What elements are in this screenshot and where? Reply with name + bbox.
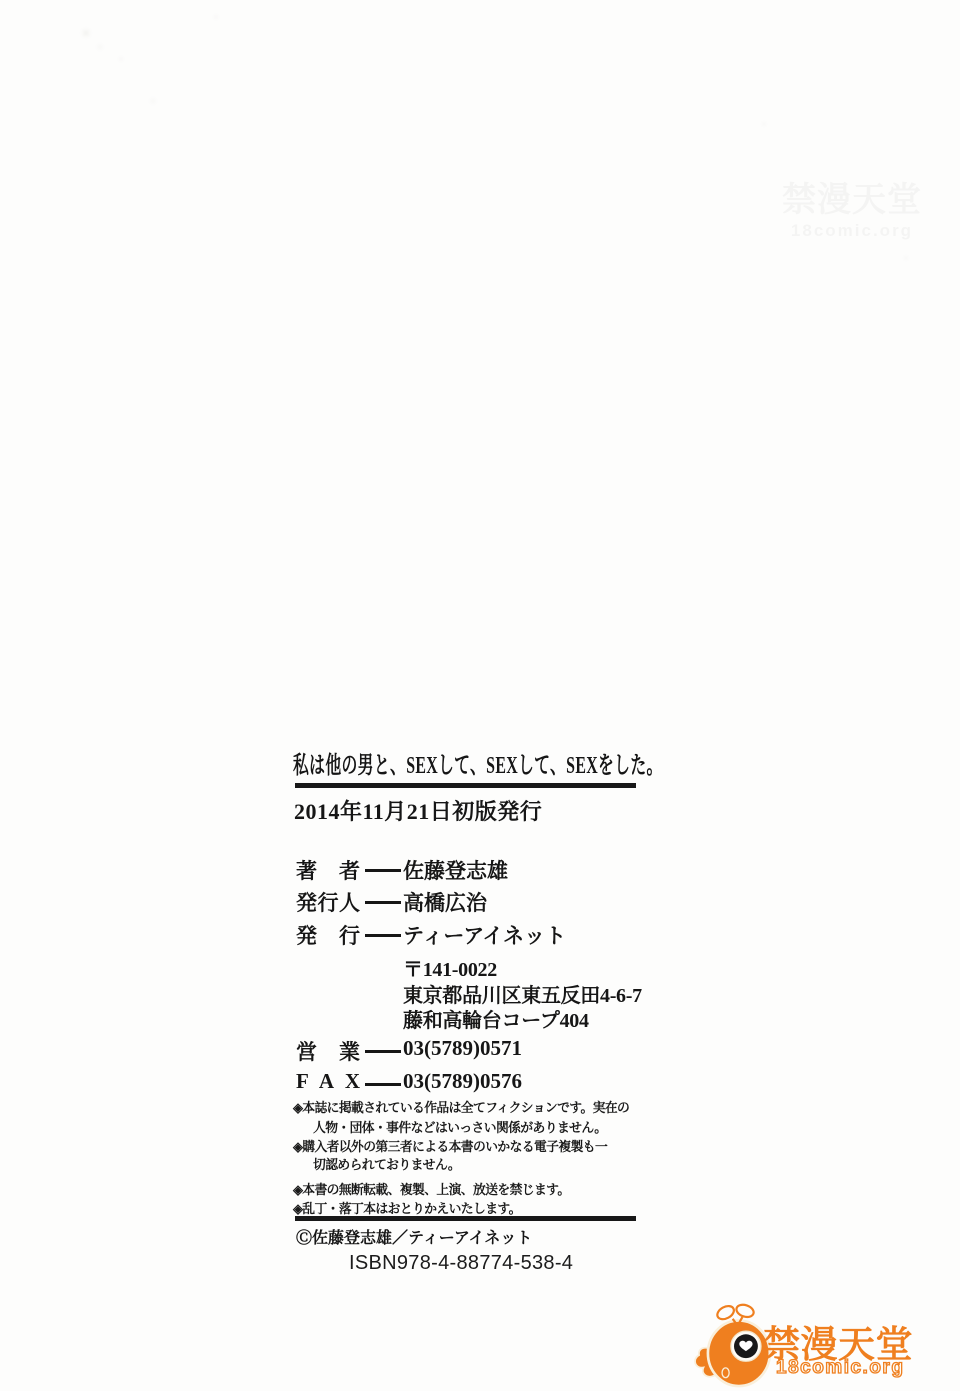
site-url-text: 18comic.org (776, 1357, 904, 1379)
notice-line: ◈本誌に掲載されている作品は全てフィクションです。実在の (293, 1097, 629, 1116)
dash-rule (365, 1083, 401, 1086)
credit-value: 03(5789)0571 (403, 1036, 522, 1061)
dash-rule (365, 934, 401, 937)
credit-label: 発 行 (296, 920, 360, 950)
notice-line: 切認められておりません。 (313, 1154, 460, 1173)
credit-row-author: 著 者 佐藤登志雄 (293, 855, 641, 882)
credit-value: 03(5789)0576 (403, 1069, 522, 1094)
dash-rule (365, 869, 401, 872)
faint-top-watermark: 禁漫天堂 18comic.org (742, 172, 960, 241)
faint-site-text: 18comic.org (742, 221, 960, 241)
credit-value: 高橋広治 (403, 887, 487, 917)
divider-bottom-rule (295, 1216, 636, 1221)
credit-row-sales-phone: 営 業 03(5789)0571 (293, 1036, 641, 1063)
copyright-line: Ⓒ佐藤登志雄／ティーアイネット (296, 1225, 532, 1248)
notice-line: ◈乱丁・落丁本はおとりかえいたします。 (293, 1198, 521, 1217)
publisher-postal-code: 〒141-0022 (403, 953, 497, 982)
credit-label: 発行人 (296, 887, 360, 917)
scan-noise (0, 0, 2, 2)
colophon-block: 私は他の男と、SEXして、SEXして、SEXをした。 2014年11月21日初版… (293, 745, 641, 1305)
credit-label: 営 業 (296, 1036, 360, 1066)
credit-value: ティーアイネット (403, 920, 566, 950)
faint-brand-text: 禁漫天堂 (742, 172, 960, 221)
isbn-number: ISBN978-4-88774-538-4 (349, 1252, 573, 1275)
publisher-address-line2: 藤和高輪台コープ404 (403, 1004, 589, 1033)
book-title: 私は他の男と、SEXして、SEXして、SEXをした。 (293, 745, 663, 780)
notice-line: 人物・団体・事件などはいっさい関係がありません。 (313, 1117, 607, 1136)
divider-top-rule (295, 783, 636, 788)
edition-date: 2014年11月21日初版発行 (294, 795, 542, 826)
credit-row-publisher: 発 行 ティーアイネット (293, 920, 641, 947)
scanned-colophon-page: 禁漫天堂 18comic.org 私は他の男と、SEXして、SEXして、SEXを… (0, 0, 960, 1391)
credit-row-publisher-person: 発行人 高橋広治 (293, 887, 641, 914)
credit-row-fax: F A X 03(5789)0576 (293, 1069, 641, 1096)
credit-value: 佐藤登志雄 (403, 855, 508, 885)
notice-line: ◈購入者以外の第三者による本書のいかなる電子複製も一 (293, 1136, 607, 1155)
credit-label: 著 者 (296, 855, 360, 885)
dash-rule (365, 1050, 401, 1053)
dash-rule (365, 901, 401, 904)
site-watermark-logo: 禁漫天堂 18comic.org (692, 1300, 960, 1391)
notice-line: ◈本書の無断転載、複製、上演、放送を禁じます。 (293, 1179, 570, 1198)
credit-label: F A X (296, 1069, 360, 1094)
